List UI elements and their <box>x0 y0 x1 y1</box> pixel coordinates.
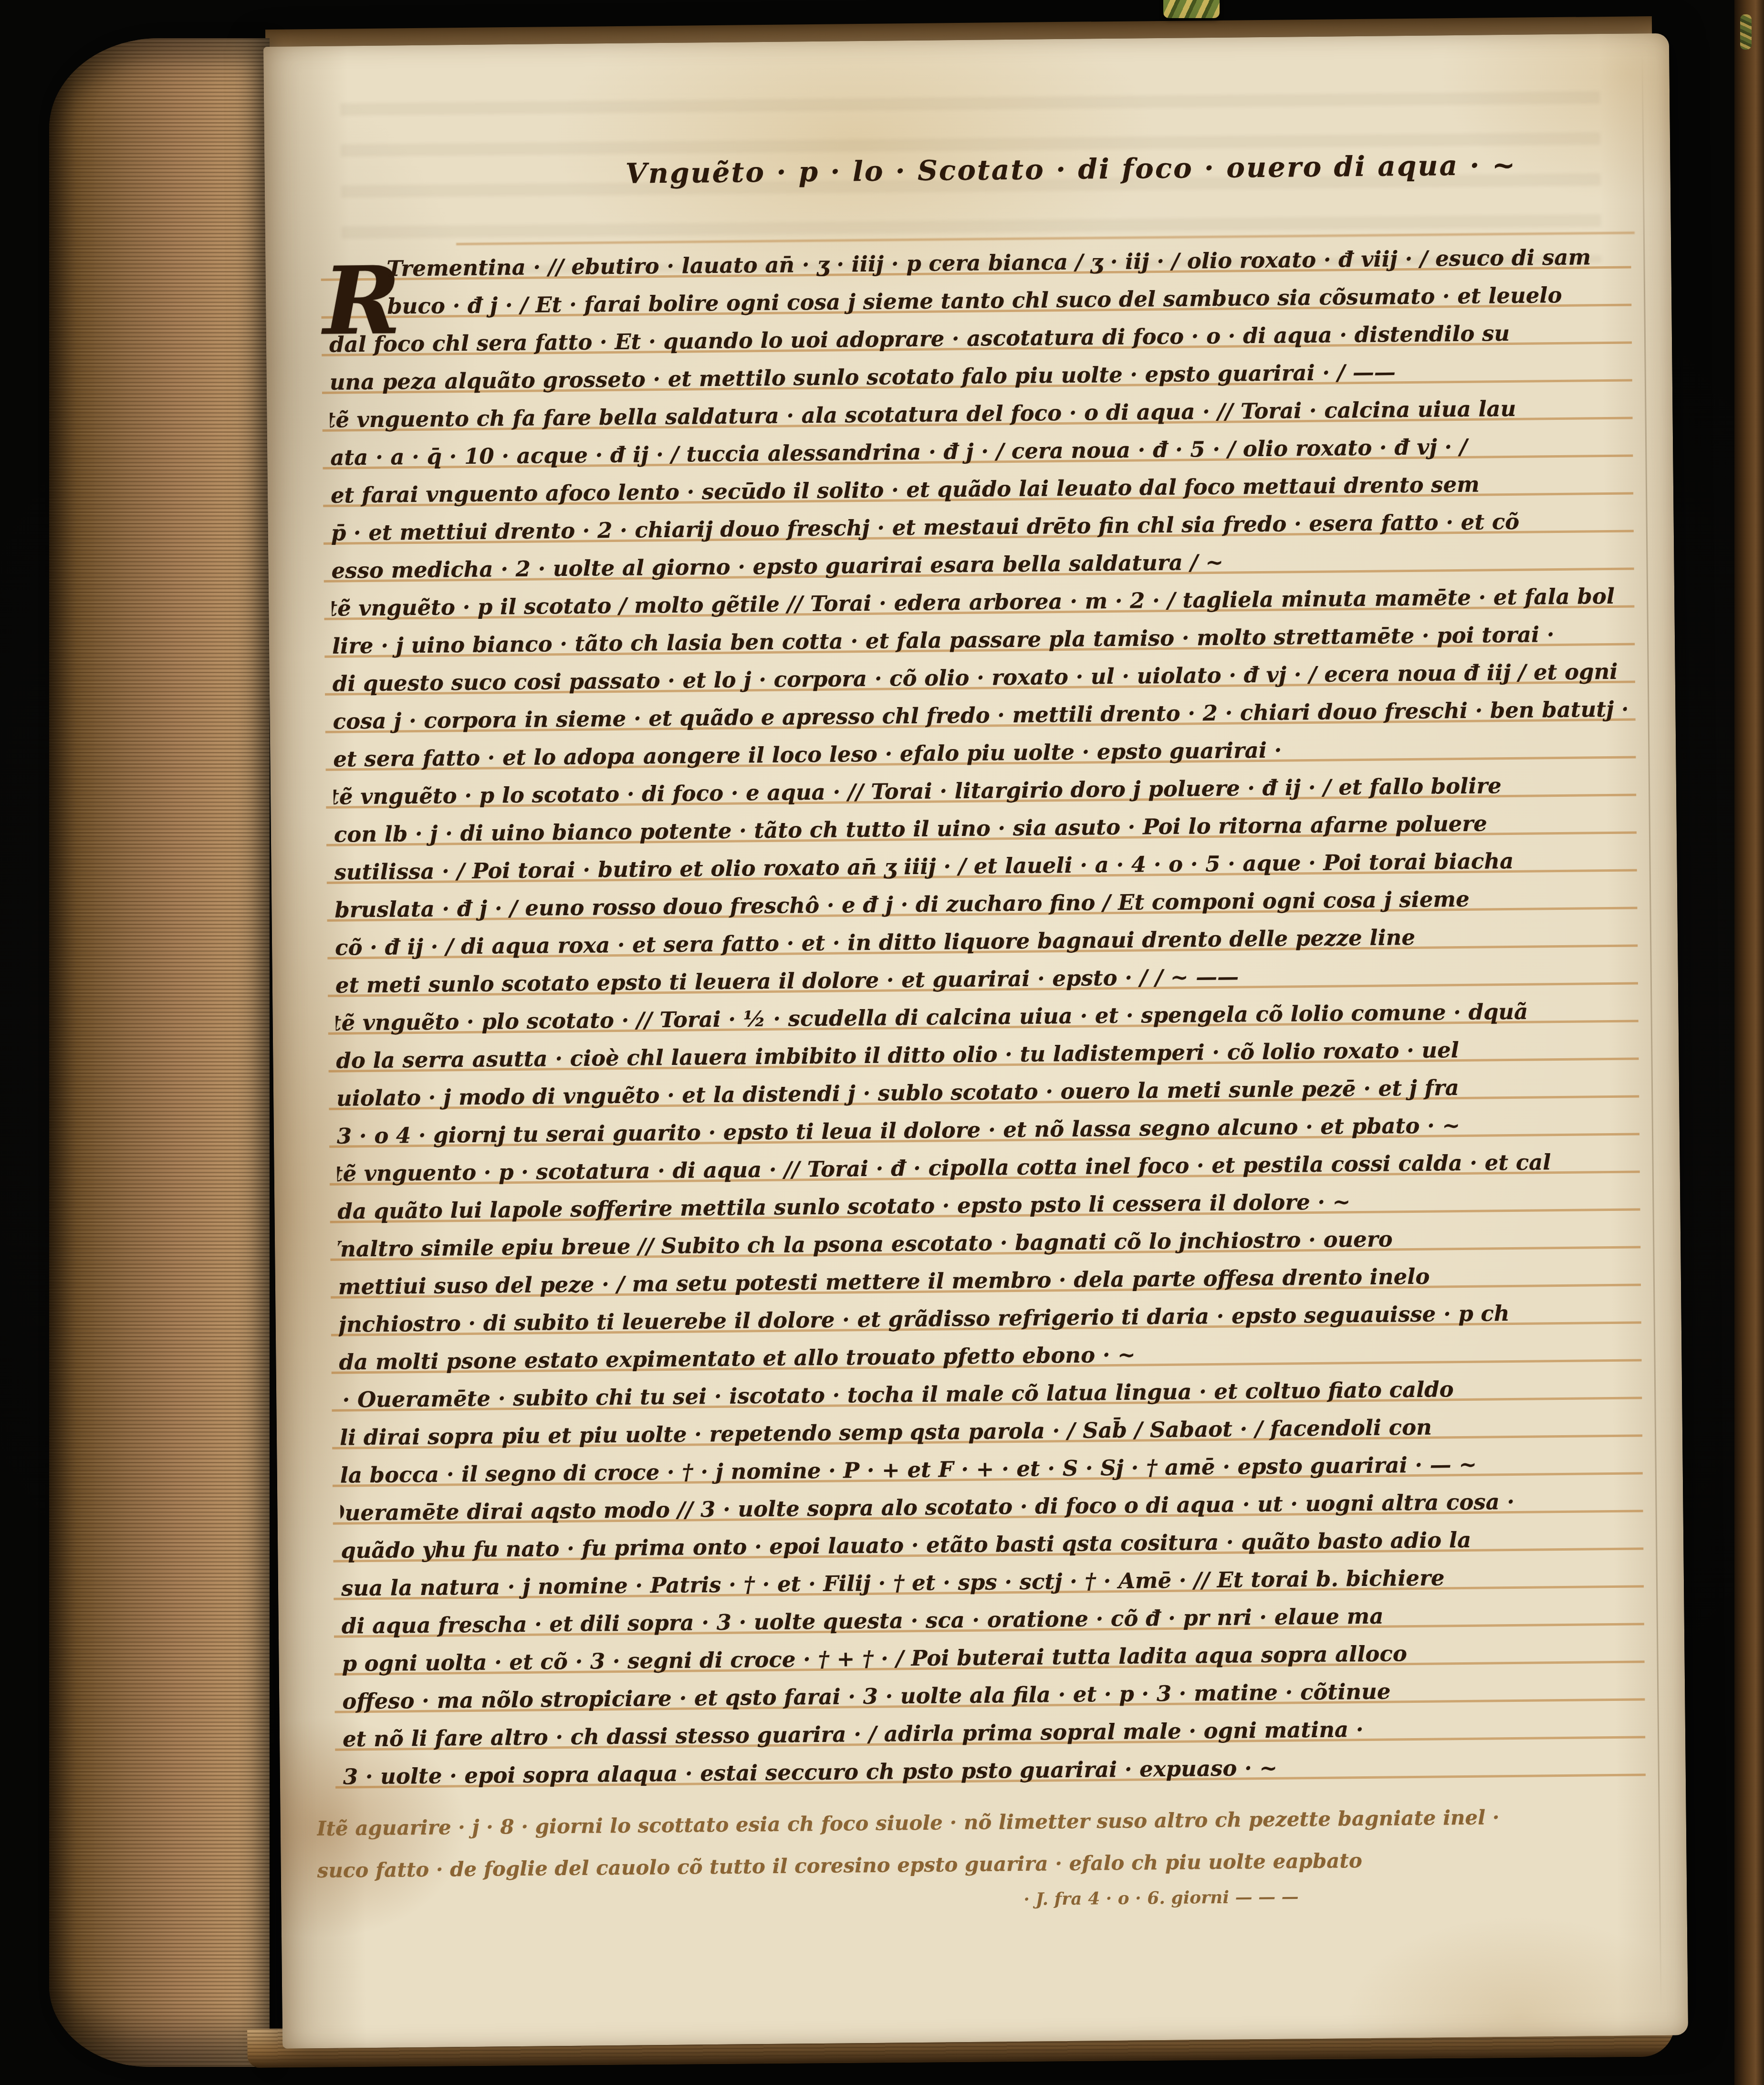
book-fore-edge <box>49 38 270 2067</box>
recipe-paragraph-7: Vnaltro simile epiu breue // Subito ch l… <box>338 1218 1633 1381</box>
text-block: Trementina · // ebutiro · lauato an̄ · ʒ… <box>328 238 1637 1796</box>
recipe-paragraph-6: Itẽ vnguento · p · scotatura · di aqua ·… <box>337 1143 1631 1230</box>
recipe-paragraph-3: Itẽ vnguẽto · p il scotato / molto gẽtil… <box>332 577 1628 778</box>
recipe-paragraph-4: Itẽ vnguẽto · p lo scotato · di foco · e… <box>334 766 1629 1004</box>
recipe-paragraph-1: Trementina · // ebutiro · lauato an̄ · ʒ… <box>328 238 1624 401</box>
recipe-paragraph-5: Itẽ vnguẽto · plo scotato · // Torai · ½… <box>335 992 1631 1155</box>
book-cover-edge <box>1734 0 1764 2085</box>
page-title: Vnguẽto · p · lo · Scotato · di foco · o… <box>465 147 1677 192</box>
recipe-paragraph-8: ŧ · Oueramēte · subito chi tu sei · isco… <box>339 1369 1634 1494</box>
later-addition-note: Itẽ aguarire · j · 8 · giorni lo scottat… <box>316 1795 1663 1920</box>
recipe-paragraph-2: Itẽ vnguento ch fa fare bella saldatura … <box>330 389 1626 590</box>
manuscript-photo: Vnguẽto · p · lo · Scotato · di foco · o… <box>0 0 1764 2085</box>
binding-thread <box>1740 14 1752 50</box>
recipe-paragraph-9: Oueramēte dirai aqsto modo // 3 · uolte … <box>340 1482 1637 1796</box>
page-crease <box>1641 52 1661 2009</box>
headband-ribbon <box>1163 0 1220 18</box>
addition-duration-note: · J. fra 4 · o · 6. giorni — — — <box>1023 1879 1663 1914</box>
page: Vnguẽto · p · lo · Scotato · di foco · o… <box>263 33 1688 2049</box>
